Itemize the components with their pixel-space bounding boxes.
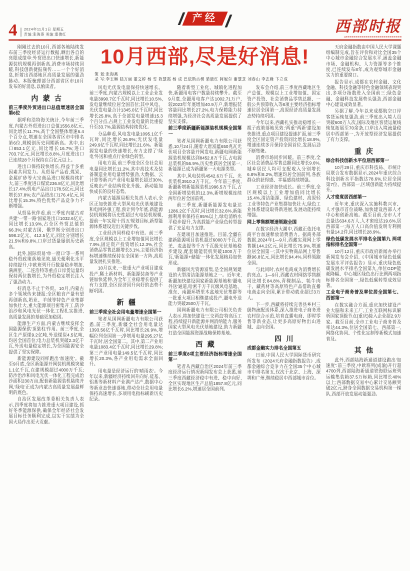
body-paragraph: 其中,风电装机4542.6万千瓦、光伏装机3910.2万千瓦。今年前三季度,新疆… (168, 173, 242, 201)
body-paragraph: 在数实融合方面,重庆加快建设产业大脑和未来工厂,工业互联网标识解析国家顶级节点(… (326, 302, 401, 342)
body-paragraph: 笔者从西藏自治区2024年前三季度经济运行情况新闻发布会上获悉,前三季度西藏经济… (168, 364, 242, 392)
province-section-header: 内蒙古 (9, 93, 84, 103)
province-section-header: 四川 (247, 333, 321, 343)
body-paragraph: 内蒙古能源局相关负责人表示,全区正加快推进大型风电光伏基地建设和电网补强工程,预… (89, 195, 163, 229)
masthead-title: 西部时报 (335, 18, 402, 34)
body-paragraph: 国网新疆电力有限公司相关负责人表示,将加快建设'三交两直'特高压工程,持续提升新… (168, 307, 242, 335)
body-paragraph: 能源生产方面,内蒙古继续发挥全国能源保供'顶梁柱'作用。前三季度,全区生产原煤9… (9, 321, 84, 355)
center-block: 10月西部,尽是好消息! 策 划:张海燕 采 写:李玉琳 陆万丽 董文婷 杨 雪… (89, 44, 320, 563)
province-section-header: 新疆 (89, 297, 163, 307)
article-subhead: 网上零售额增速领跑全国 (247, 219, 321, 225)
body-paragraph: 风电光伏发电量保持快速增长。前三季度,内蒙古规模以上工业企业发电量3990.7亿… (89, 85, 163, 130)
body-paragraph: 此外,西部陆海新通道建设跑出'加速度':前三季度,中欧班列(成渝)开行超4700… (326, 357, 401, 397)
article-subhead: 综合科技创新水平位居西部第一 (326, 158, 401, 164)
body-paragraph: 下一步,西藏将持续完善县乡村三级物流配送体系,深入推进电子商务进农村综合示范,培… (247, 302, 321, 330)
column-4: 发布会介绍,前三季度西藏地区生产总值、规模以上工业增加值、固定资产投资、社会消费… (247, 85, 321, 564)
body-paragraph: 刚刚过去的10月,西部各地陆续发布前三季度经济运行数据,晒出各自的亮眼成绩单:外… (9, 44, 84, 89)
province-section-header: 其他 (326, 345, 401, 355)
body-paragraph: 10月以来,一批重大产业项目建成投产,稀土新材料、新能源装备等产业链加快延伸,为… (89, 265, 163, 293)
body-paragraph: 另据了解,今年以来成都航空口岸客货运恢复强劲,前三季度出入境人员突破600万人次… (326, 108, 401, 142)
body-paragraph: 今年以来,西藏扎实推动稳增长一揽子政策落地见效:'两重''两新'建设加快推进,重… (247, 120, 321, 154)
article-subhead: 工业电子商务普及率位居全国第七、西部第一 (326, 289, 401, 300)
column-5: 天府金融指数由中国人民大学课题组编制完成,旨在评价和对比全国35个中心城市金融综… (326, 44, 401, 563)
body-paragraph: 报告显示,成都在农村金融、文化金融、科技金融等特色金融领域表现突出,多项分指数进… (326, 79, 401, 107)
body-paragraph: 工业经济加快成长。前三季度,全区规模以上工业增加值同比增长15.4%,清洁能源、… (247, 184, 321, 218)
province-section-header: 西藏 (168, 339, 242, 349)
column-3: 随着新型工业化、城镇化进程加快,新疆用电客户数量持续攀升。截至9月底,全疆用电客… (168, 85, 242, 564)
body-paragraph: 在建项目加速推进。目前,全疆在建新能源项目装机超过6000万千瓦,若羌、麦盖提等… (168, 232, 242, 266)
body-paragraph: 进出口保持较快增长,得益于多重因素共同发力。从贸易产品看,煤炭、金属矿砂等大宗商… (9, 164, 84, 209)
column-1: 刚刚过去的10月,西部各地陆续发布前三季度经济运行数据,晒出各自的亮眼成绩单:外… (9, 44, 84, 563)
headline-credits: 策 划:张海燕 采 写:李玉琳 陆万丽 董文婷 杨 雪 陈慧霞 杨 成 巴依斯古… (89, 72, 320, 82)
body-paragraph: 用电量是经济运行的'晴雨表'。今年以来,新疆经济持续回升向好,硅基、铝基等新材料… (89, 368, 163, 402)
body-paragraph: 新疆风光资源富集,是全国规划建设的大型清洁能源基地之一。近年来,新疆加快建设国家… (168, 267, 242, 307)
credit-writers: 采 写:李玉琳 陆万丽 董文婷 杨 雪 陈慧霞 杨 成 巴依斯古楞 梁晓红 阿妮… (95, 77, 321, 82)
body-paragraph: 发布会介绍,前三季度西藏地区生产总值、规模以上工业增加值、固定资产投资、社会消费… (247, 85, 321, 119)
page-content: 刚刚过去的10月,西部各地陆续发布前三季度经济运行数据,晒出各自的亮眼成绩单:外… (9, 44, 402, 563)
body-paragraph: 笔者从国网新疆电力有限公司获悉,前三季度,新疆全社会用电量达1393.56亿千瓦… (89, 316, 163, 367)
masthead: 西部时报 (335, 18, 402, 37)
body-paragraph: 工业经济同样稳中有进。前三季度,全区规模以上工业增加值同比增长7.9%,固定资产… (89, 230, 163, 264)
body-paragraph: 自治区发展改革委相关负责人表示,四季度将加力推进重大项目建设,抓好冬季能源保供,… (9, 396, 84, 424)
body-paragraph: 分品种看,风电发电量1095.1亿千瓦时,同比增长26.9%;光伏发电量249.… (89, 131, 163, 159)
publication-info: 2024年11月1日 星期五 责编:张海燕 美编:康俊红 (21, 28, 67, 37)
headline-block: 10月西部,尽是好消息! 策 划:张海燕 采 写:李玉琳 陆万丽 董文婷 杨 雪… (89, 44, 320, 85)
column-2: 风电光伏发电量保持快速增长。前三季度,内蒙古规模以上工业企业发电量3990.7亿… (89, 85, 163, 564)
body-paragraph: 与此同时,农村电商成为消费增长的亮点。1—9月,西藏农村网络零售额同比增长84.… (247, 267, 321, 301)
body-paragraph: 在数字经济大潮中,西藏正依托电商平台加速释放消费潜力。据商务部数据,2024年1… (247, 226, 321, 266)
section-badge-label: 产经 (182, 12, 228, 26)
body-paragraph: 用电方面,前三季度全区全社会用电量同比增长11.2%,其中高技术及装备制造业用电… (89, 160, 163, 194)
article-subhead: 前三季度8项主要经济指标增速全国第一 (168, 351, 242, 362)
body-paragraph: 此外,国际贸易'单一窗口'等一系列稳外贸政策落地见效,通关便利化水平持续提升,中… (9, 251, 84, 285)
body-paragraph: 近年来,重庆深入实施科教兴市、人才强市首位战略,加快建设西部人才中心和创新高地。… (326, 201, 401, 235)
body-paragraph: 新能源建设同样跑出'加速度'。截至9月底,全区新能源并网装机规模突破1.1亿千瓦… (9, 356, 84, 396)
header-rule (9, 39, 402, 40)
badge-slash-decoration (225, 15, 232, 28)
body-paragraph: 10月12日,重庆市政府新闻办举行新闻发布会介绍,《中国城市绿色低碳发展水平评估… (326, 249, 401, 289)
body-paragraph: 据呼和浩特海关统计,今年前三季度,内蒙古外贸进出口总值1556.8亿元,同比增长… (9, 117, 84, 162)
article-subhead: 成都金融实力排名全国第五 (247, 345, 321, 351)
article-subhead: 前三季度全社会用电量增速全国第一 (89, 309, 163, 315)
page-number: 4 (9, 23, 18, 38)
body-paragraph: 好消息不止于外贸。10月,内蒙古多个领域传来捷报:全区粮食产量有望再创新高,奶业… (9, 286, 84, 320)
province-section-header: 重庆 (326, 146, 401, 156)
body-paragraph: 日前,中国人民大学国际货币研究所发布《2024天府金融指数报告》,成都金融综合竞… (247, 352, 321, 380)
newspaper-page: 4 2024年11月1日 星期五 责编:张海燕 美编:康俊红 产经 西部时报 刚… (0, 0, 410, 571)
article-subhead: 绿色低碳发展水平排名全国第九 两项指标排名全国第一 (326, 236, 401, 247)
body-paragraph: 从贸易伙伴看,前三季度内蒙古对共建'一带一路'国家进出口1032.6亿元,同比增… (9, 210, 84, 250)
body-paragraph: 10月29日,重庆市科技局、市统计局联合发布数据显示,2024年重庆综合科技创新… (326, 165, 401, 193)
body-paragraph: 消费市场同步回暖。前三季度,全区社会消费品零售总额同比增长9.6%,城乡居民人均… (247, 155, 321, 183)
section-badge: 产经 (180, 10, 229, 27)
editors-line: 责编:张海燕 美编:康俊红 (24, 32, 66, 36)
article-subhead: 前三季度外贸进出口总值增速居全国第6位 (9, 105, 84, 116)
body-paragraph: 随着新型工业化、城镇化进程加快,新疆用电客户数量持续攀升。截至9月底,全疆用电客… (168, 85, 242, 125)
article-subhead: 前三季度新疆新能源装机规模全国第一 (168, 125, 242, 136)
body-paragraph: 天府金融指数由中国人民大学课题组编制完成,旨在评价和对比全国35个中心城市金融综… (326, 44, 401, 78)
masthead-underline (345, 35, 402, 37)
body-paragraph: 前三季度,新疆新能源发电量达1286.2亿千瓦时,同比增长32.6%,新能源利用… (168, 202, 242, 230)
main-headline: 10月西部,尽是好消息! (89, 45, 320, 68)
page-header: 4 2024年11月1日 星期五 责编:张海燕 美编:康俊红 产经 西部时报 (0, 0, 410, 37)
article-subhead: 人才密度居西部第一 (326, 194, 401, 200)
body-paragraph: 笔者从国网新疆电力有限公司获悉,10月24日,随着大唐富蕴650兆瓦光伏项目全容… (168, 138, 242, 172)
